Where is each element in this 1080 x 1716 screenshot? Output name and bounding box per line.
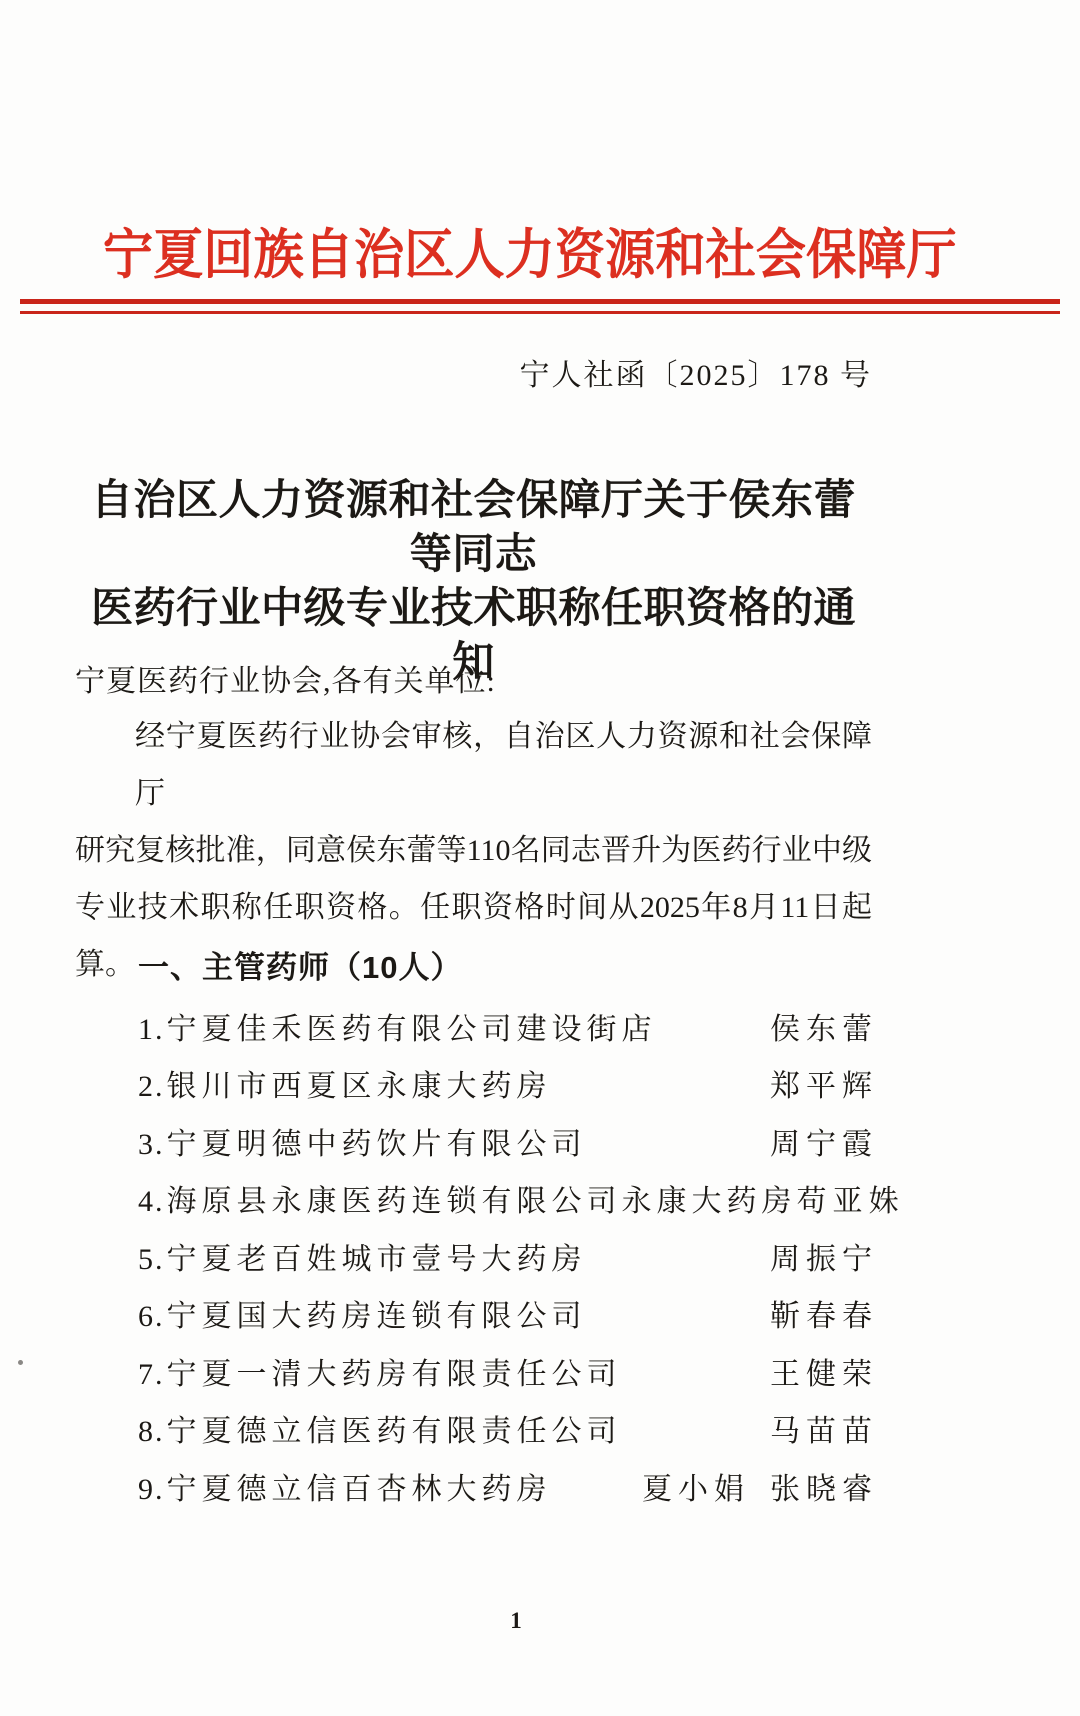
person-name: 张晓睿 xyxy=(770,1464,878,1508)
person-name: 王健荣 xyxy=(770,1349,878,1393)
item-number: 4. xyxy=(138,1185,165,1219)
list-item: 4.海原县永康医药连锁有限公司永康大药房 苟亚姝 xyxy=(138,1176,872,1220)
list-item: 8.宁夏德立信医药有限责任公司 马苗苗 xyxy=(138,1406,872,1450)
salutation: 宁夏医药行业协会,各有关单位: xyxy=(75,656,872,700)
list-item: 7.宁夏一清大药房有限责任公司 王健荣 xyxy=(138,1349,872,1393)
person-name: 马苗苗 xyxy=(770,1406,878,1450)
letterhead-divider xyxy=(20,299,1060,314)
company-name: 宁夏德立信医药有限责任公司 xyxy=(167,1406,622,1450)
item-number: 9. xyxy=(138,1473,165,1507)
document-number: 宁人社函〔2025〕178 号 xyxy=(75,350,872,394)
company-name: 海原县永康医药连锁有限公司永康大药房 xyxy=(167,1176,797,1220)
person-name: 周宁霞 xyxy=(770,1119,878,1163)
section-heading: 一、主管药师（10人） xyxy=(138,942,462,987)
list-item: 9.宁夏德立信百杏林大药房 夏小娟张晓睿 xyxy=(138,1464,872,1508)
person-name: 夏小娟 xyxy=(642,1464,750,1508)
agency-letterhead: 宁夏回族自治区人力资源和社会保障厅 xyxy=(103,212,844,289)
item-number: 2. xyxy=(138,1070,165,1104)
company-name: 宁夏老百姓城市壹号大药房 xyxy=(167,1234,587,1278)
scan-artifact-dot xyxy=(18,1360,23,1365)
scanned-notice-page: 宁夏回族自治区人力资源和社会保障厅 宁人社函〔2025〕178 号 自治区人力资… xyxy=(0,0,1080,1716)
paragraph-line: 专业技术职称任职资格。任职资格时间从2025年8月11日起 xyxy=(75,879,872,936)
item-number: 3. xyxy=(138,1128,165,1162)
list-item: 3.宁夏明德中药饮片有限公司 周宁霞 xyxy=(138,1119,872,1163)
item-number: 5. xyxy=(138,1243,165,1277)
company-name: 宁夏德立信百杏林大药房 xyxy=(167,1464,552,1508)
item-number: 1. xyxy=(138,1013,165,1047)
person-name: 靳春春 xyxy=(770,1291,878,1335)
company-name: 宁夏一清大药房有限责任公司 xyxy=(167,1349,622,1393)
person-name: 周振宁 xyxy=(770,1234,878,1278)
company-name: 宁夏佳禾医药有限公司建设街店 xyxy=(167,1004,657,1048)
person-name: 苟亚姝 xyxy=(797,1176,905,1220)
item-number: 6. xyxy=(138,1300,165,1334)
item-number: 8. xyxy=(138,1415,165,1449)
item-number: 7. xyxy=(138,1358,165,1392)
company-name: 宁夏明德中药饮片有限公司 xyxy=(167,1119,587,1163)
list-item: 2.银川市西夏区永康大药房 郑平辉 xyxy=(138,1061,872,1105)
page-number: 1 xyxy=(0,1608,1032,1634)
document-title-line-1: 自治区人力资源和社会保障厅关于侯东蕾等同志 xyxy=(75,474,872,582)
company-name: 宁夏国大药房连锁有限公司 xyxy=(167,1291,587,1335)
company-name: 银川市西夏区永康大药房 xyxy=(167,1061,552,1105)
list-item: 1.宁夏佳禾医药有限公司建设街店 侯东蕾 xyxy=(138,1004,872,1048)
list-item: 6.宁夏国大药房连锁有限公司 靳春春 xyxy=(138,1291,872,1335)
person-name: 郑平辉 xyxy=(770,1061,878,1105)
paragraph-line: 研究复核批准，同意侯东蕾等110名同志晋升为医药行业中级 xyxy=(75,822,872,879)
paragraph-line: 经宁夏医药行业协会审核，自治区人力资源和社会保障厅 xyxy=(75,708,872,822)
list-item: 5.宁夏老百姓城市壹号大药房 周振宁 xyxy=(138,1234,872,1278)
person-name: 侯东蕾 xyxy=(770,1004,878,1048)
